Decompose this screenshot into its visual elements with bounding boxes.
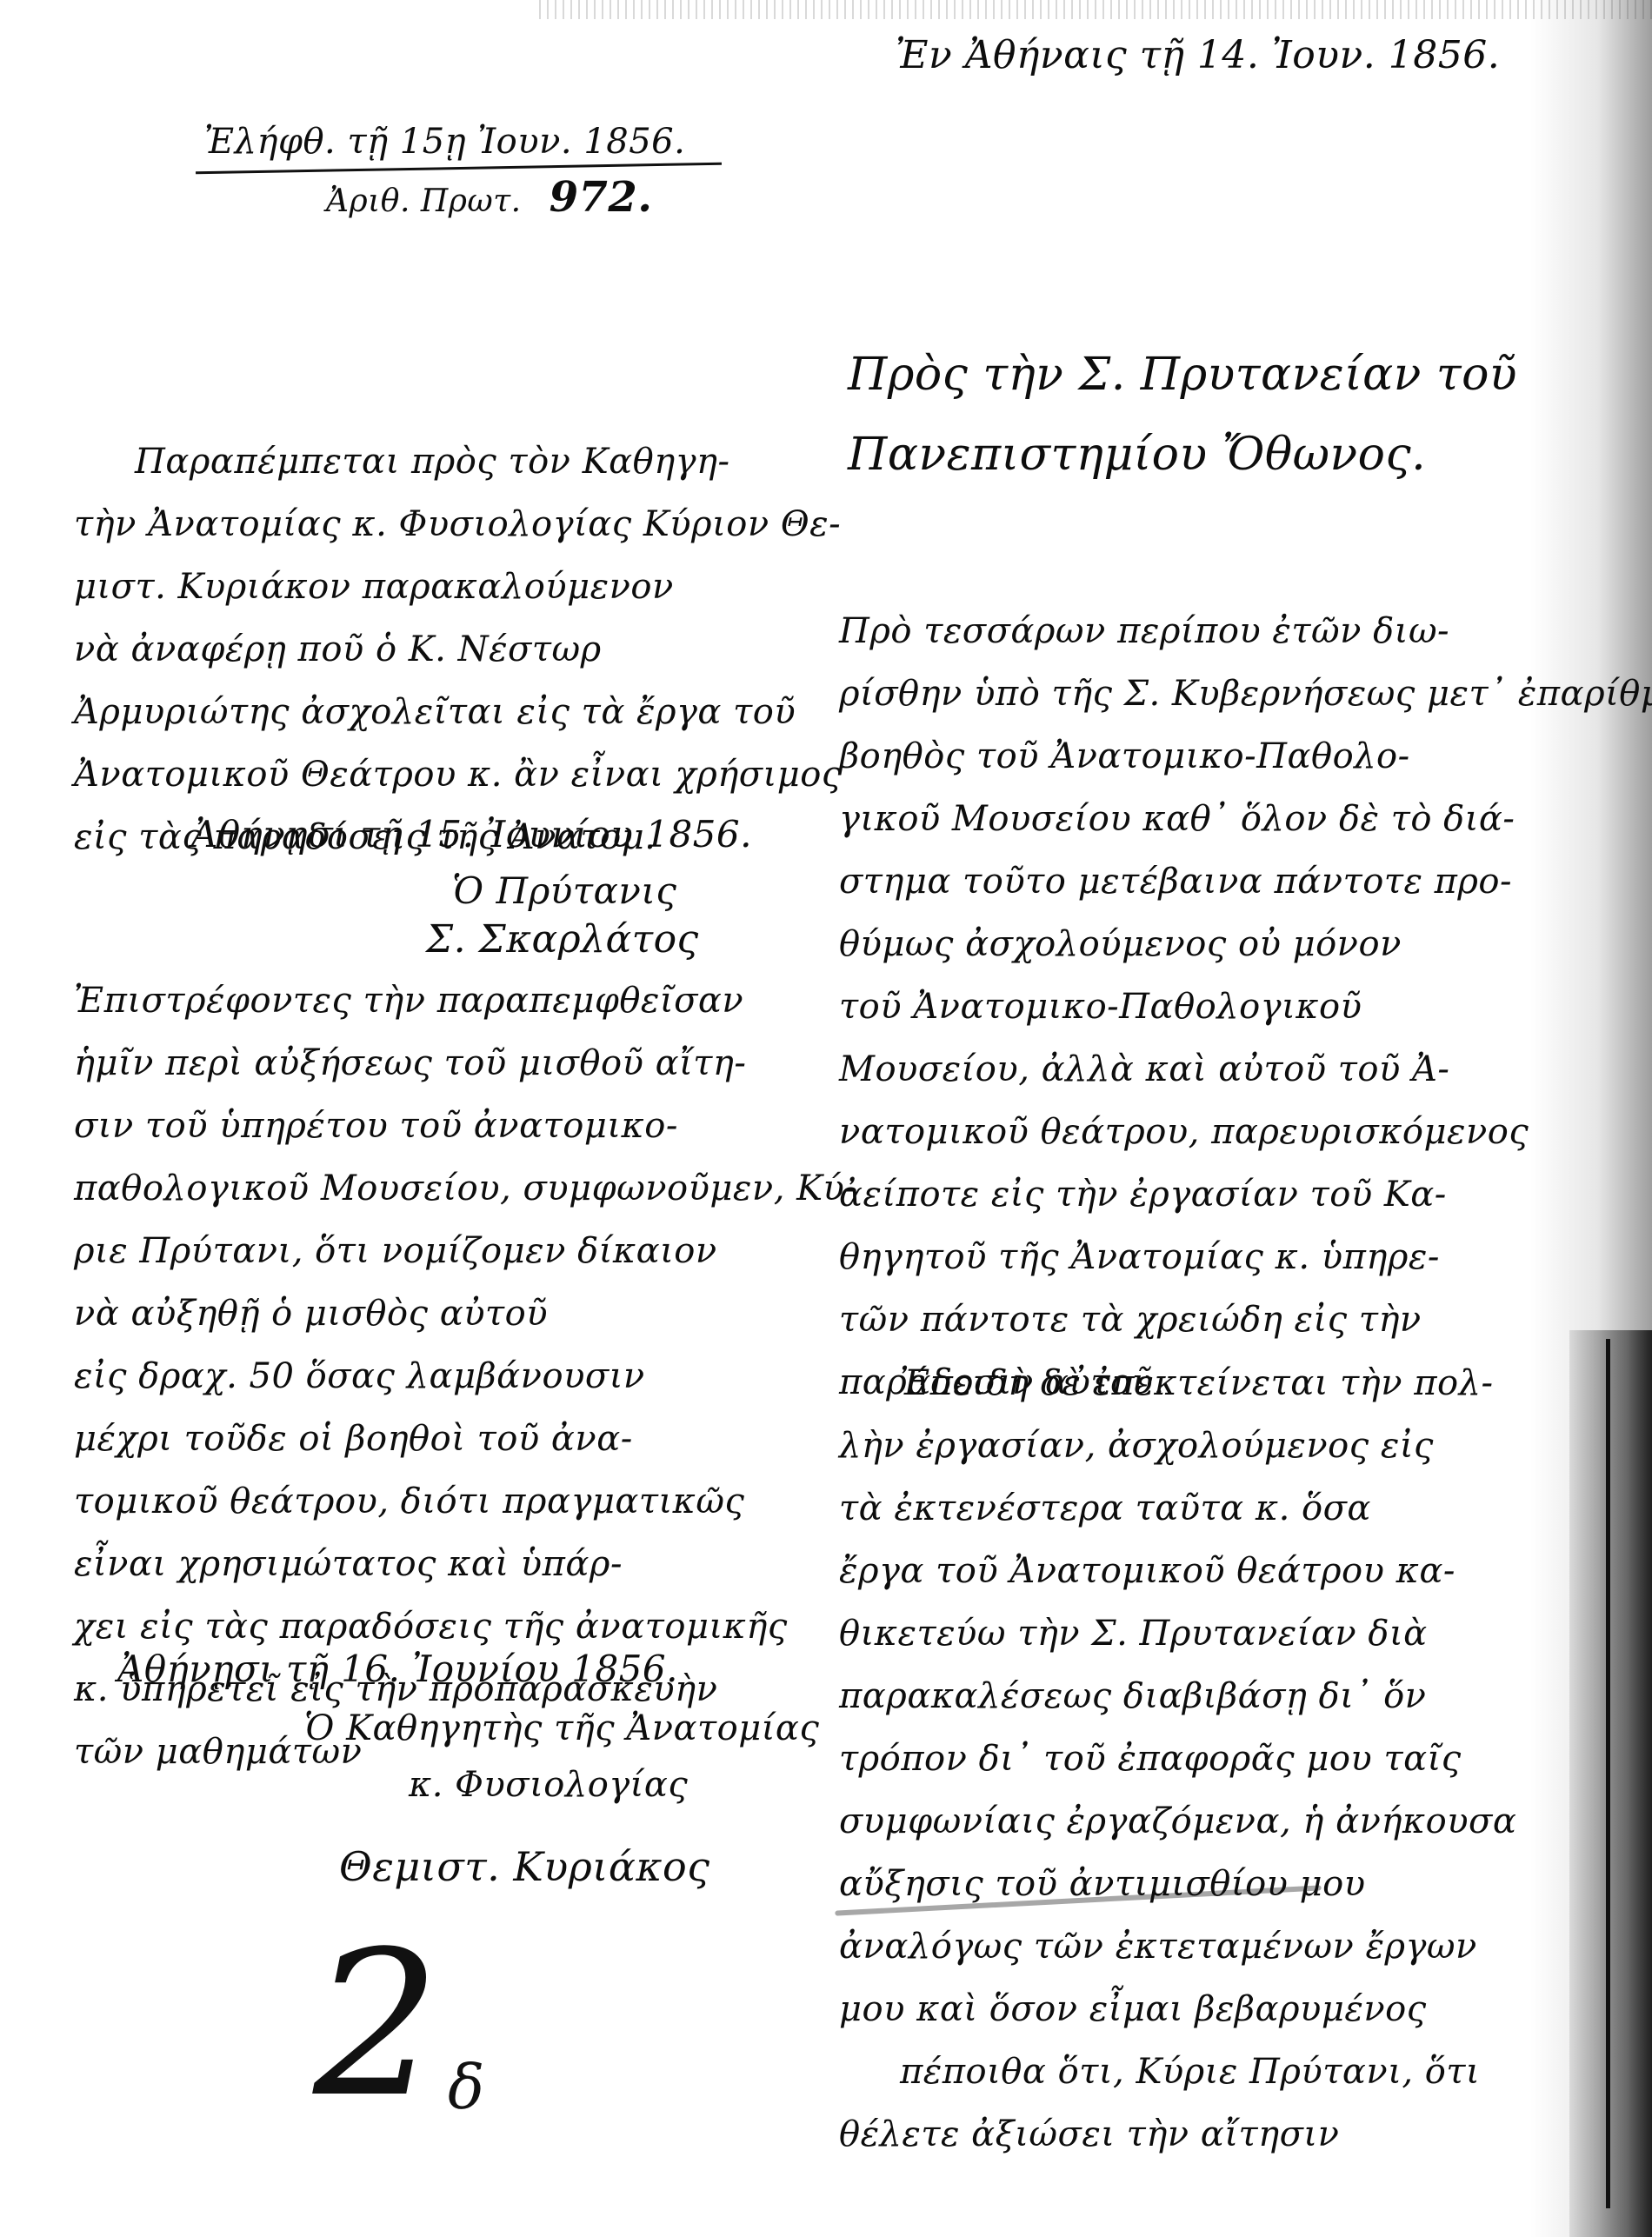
letter-page: Ἐν Ἀθήναις τῇ 14. Ἰουν. 1856. Ἐλήφθ. τῇ … — [0, 0, 1652, 2237]
address-line-2: Πανεπιστημίου Ὄθωνος. — [848, 415, 1517, 495]
letter-line: τοῦ Ἀνατομικο-Παθολογικοῦ — [839, 975, 1622, 1038]
left-note-referral: Παραπέμπεται πρὸς τὸν Καθηγη- τὴν Ἀνατομ… — [74, 430, 839, 869]
letter-line: Μουσείου, ἀλλὰ καὶ αὐτοῦ τοῦ Ἀ- — [839, 1038, 1622, 1101]
registry-received: Ἐλήφθ. τῇ 15ῃ Ἰουν. 1856. — [204, 122, 726, 162]
note1-signature-title: Ὁ Πρύτανις — [452, 869, 676, 912]
note2-line: νὰ αὐξηθῇ ὁ μισθὸς αὐτοῦ — [74, 1282, 839, 1345]
letter-line: συμφωνίαις ἐργαζόμενα, ἡ ἀνήκουσα — [839, 1790, 1622, 1853]
registry-note: Ἐλήφθ. τῇ 15ῃ Ἰουν. 1856. Ἀριθ. Πρωτ. 97… — [204, 122, 726, 222]
letter-line: ἀείποτε εἰς τὴν ἐργασίαν τοῦ Κα- — [839, 1163, 1622, 1226]
main-letter-part-1: Πρὸ τεσσάρων περίπου ἐτῶν διω- ρίσθην ὑπ… — [839, 600, 1622, 1414]
note2-line: Ἐπιστρέφοντες τὴν παραπεμφθεῖσαν — [74, 969, 839, 1032]
address-line-1: Πρὸς τὴν Σ. Πρυτανείαν τοῦ — [848, 335, 1517, 415]
note2-line: τομικοῦ θεάτρου, διότι πραγματικῶς — [74, 1470, 839, 1533]
letter-line: πέποιθα ὅτι, Κύριε Πρύτανι, ὅτι — [839, 2041, 1622, 2103]
letter-line: μου καὶ ὅσον εἶμαι βεβαρυμένος — [839, 1978, 1622, 2041]
letter-line: Ἐπειδὴ δὲ ἐπεκτείνεται τὴν πολ- — [839, 1352, 1622, 1415]
letter-line: τῶν πάντοτε τὰ χρειώδη εἰς τὴν — [839, 1288, 1622, 1351]
letter-line: ἀναλόγως τῶν ἐκτεταμένων ἔργων — [839, 1915, 1622, 1978]
letter-line: αὔξησις τοῦ ἀντιμισθίου μου — [839, 1853, 1622, 1915]
letter-line: τρόπον δι᾽ τοῦ ἐπαφορᾶς μου ταῖς — [839, 1728, 1622, 1790]
note1-date: Ἀθήνῃσι τῇ 15. Ἰουνίου 1856. — [191, 813, 752, 856]
letter-line: λὴν ἐργασίαν, ἀσχολούμενος εἰς — [839, 1415, 1622, 1477]
scan-noise-top — [539, 0, 1652, 19]
letter-line: βοηθὸς τοῦ Ἀνατομικο-Παθολο- — [839, 725, 1622, 788]
letter-line: παρακαλέσεως διαβιβάσῃ δι᾽ ὅν — [839, 1665, 1622, 1728]
paraph-mark: δ — [448, 2052, 484, 2123]
note1-line: τὴν Ἀνατομίας κ. Φυσιολογίας Κύριον Θε- — [74, 493, 839, 556]
note2-signature-line-1: Ὁ Καθηγητὴς τῆς Ἀνατομίας — [304, 1708, 819, 1748]
letter-line: ρίσθην ὑπὸ τῆς Σ. Κυβερνήσεως μετ᾽ ἐπαρί… — [839, 662, 1622, 725]
note1-line: μιστ. Κυριάκον παρακαλούμενον — [74, 556, 839, 618]
letter-line: νατομικοῦ θεάτρου, παρευρισκόμενος — [839, 1101, 1622, 1163]
note1-line: νὰ ἀναφέρῃ ποῦ ὁ Κ. Νέστωρ — [74, 618, 839, 681]
note2-date: Ἀθήνῃσι τῇ 16. Ἰουνίου 1856. — [117, 1648, 678, 1690]
note2-signature-line-2: κ. Φυσιολογίας — [409, 1765, 688, 1805]
registry-number: 972. — [550, 173, 653, 222]
letter-line: Πρὸ τεσσάρων περίπου ἐτῶν διω- — [839, 600, 1622, 662]
letter-line: γικοῦ Μουσείου καθ᾽ ὅλον δὲ τὸ διά- — [839, 788, 1622, 850]
letter-line: θικετεύω τὴν Σ. Πρυτανείαν διὰ — [839, 1602, 1622, 1665]
note2-line: ἡμῖν περὶ αὐξήσεως τοῦ μισθοῦ αἴτη- — [74, 1032, 839, 1095]
note1-line: Ἀνατομικοῦ Θεάτρου κ. ἂν εἶναι χρήσιμος — [74, 743, 839, 806]
letter-line: θύμως ἀσχολούμενος οὐ μόνον — [839, 913, 1622, 975]
registry-number-label: Ἀριθ. Πρωτ. — [326, 183, 522, 219]
note2-line: ριε Πρύτανι, ὅτι νομίζομεν δίκαιον — [74, 1220, 839, 1282]
note1-signature-name: Σ. Σκαρλάτος — [426, 917, 699, 962]
letter-line: τὰ ἐκτενέστερα ταῦτα κ. ὅσα — [839, 1477, 1622, 1540]
letter-line: θηγητοῦ τῆς Ἀνατομίας κ. ὑπηρε- — [839, 1226, 1622, 1288]
note1-line: Παραπέμπεται πρὸς τὸν Καθηγη- — [74, 430, 839, 493]
note2-line: παθολογικοῦ Μουσείου, συμφωνοῦμεν, Κύ- — [74, 1157, 839, 1220]
letter-line: θέλετε ἀξιώσει τὴν αἴτησιν — [839, 2103, 1622, 2166]
letter-line: ἔργα τοῦ Ἀνατομικοῦ θεάτρου κα- — [839, 1540, 1622, 1602]
note2-signature-name: Θεμιστ. Κυριάκος — [339, 1843, 710, 1890]
note1-line: Ἀρμυριώτης ἀσχολεῖται εἰς τὰ ἔργα τοῦ — [74, 681, 839, 743]
main-letter-part-2: Ἐπειδὴ δὲ ἐπεκτείνεται τὴν πολ- λὴν ἐργα… — [839, 1352, 1622, 2166]
note2-line: εἶναι χρησιμώτατος καὶ ὑπάρ- — [74, 1533, 839, 1595]
letter-address: Πρὸς τὴν Σ. Πρυτανείαν τοῦ Πανεπιστημίου… — [848, 335, 1517, 495]
letter-line: στημα τοῦτο μετέβαινα πάντοτε προ- — [839, 850, 1622, 913]
paraph-flourish: 2 — [313, 1926, 440, 2126]
note2-line: σιν τοῦ ὑπηρέτου τοῦ ἀνατομικο- — [74, 1095, 839, 1157]
letter-dateline: Ἐν Ἀθήναις τῇ 14. Ἰουν. 1856. — [896, 33, 1500, 77]
note2-line: εἰς δραχ. 50 ὅσας λαμβάνουσιν — [74, 1345, 839, 1408]
registry-number-line: Ἀριθ. Πρωτ. 972. — [204, 173, 726, 222]
note2-line: μέχρι τοῦδε οἱ βοηθοὶ τοῦ ἀνα- — [74, 1408, 839, 1470]
